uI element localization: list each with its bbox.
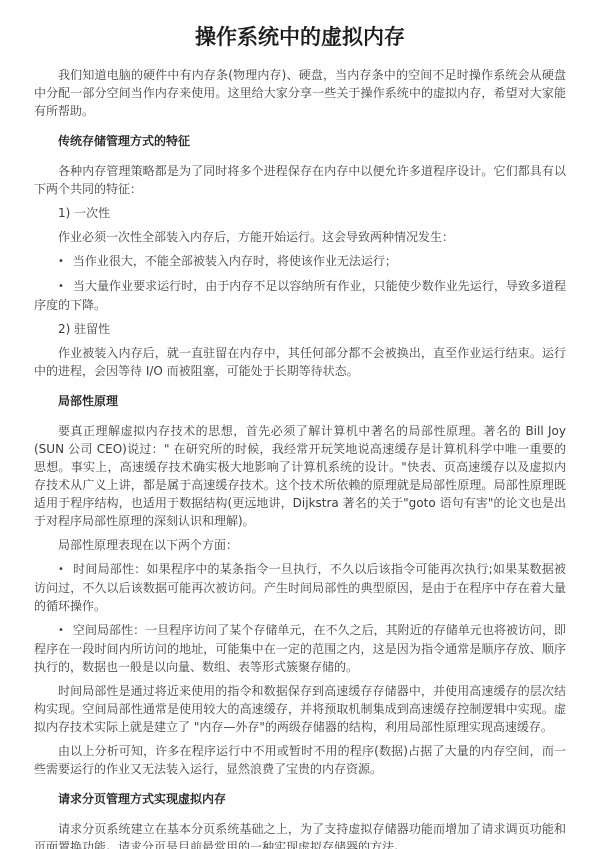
bullet-text: 空间局部性：一旦程序访问了某个存储单元，在不久之后，其附近的存储单元也将被访问，… xyxy=(34,623,566,674)
paragraph: 各种内存管理策略都是为了同时将多个进程保存在内存中以便允许多道程序设计。它们都具… xyxy=(34,162,566,198)
list-number-item: 2) 驻留性 xyxy=(34,320,566,338)
bullet-item: •当作业很大，不能全部被装入内存时，将使该作业无法运行； xyxy=(34,252,566,271)
bullet-icon: • xyxy=(58,256,64,267)
list-number-item: 1) 一次性 xyxy=(34,204,566,222)
bullet-text: 当大量作业要求运行时，由于内存不足以容纳所有作业，只能使少数作业先运行，导致多道… xyxy=(34,279,566,312)
section-heading: 局部性原理 xyxy=(34,392,566,410)
bullet-icon: • xyxy=(58,281,64,292)
paragraph: 由以上分析可知，许多在程序运行中不用或暂时不用的程序(数据)占据了大量的内存空间… xyxy=(34,742,566,778)
paragraph: 作业被装入内存后，就一直驻留在内存中，其任何部分都不会被换出，直至作业运行结束。… xyxy=(34,344,566,380)
bullet-icon: • xyxy=(58,625,64,636)
bullet-icon: • xyxy=(58,564,64,575)
paragraph: 作业必须一次性全部装入内存后，方能开始运行。这会导致两种情况发生： xyxy=(34,228,566,246)
document-page: 操作系统中的虚拟内存 我们知道电脑的硬件中有内存条(物理内存)、硬盘，当内存条中… xyxy=(0,0,600,849)
paragraph: 要真正理解虚拟内存技术的思想，首先必须了解计算机中著名的局部性原理。著名的 Bi… xyxy=(34,422,566,530)
bullet-text: 时间局部性：如果程序中的某条指令一旦执行，不久以后该指令可能再次执行;如果某数据… xyxy=(34,562,566,613)
page-title: 操作系统中的虚拟内存 xyxy=(34,22,566,52)
section-heading: 传统存储管理方式的特征 xyxy=(34,132,566,150)
section-heading: 请求分页管理方式实现虚拟内存 xyxy=(34,790,566,808)
bullet-item: •当大量作业要求运行时，由于内存不足以容纳所有作业，只能使少数作业先运行，导致多… xyxy=(34,277,566,314)
paragraph: 请求分页系统建立在基本分页系统基础之上，为了支持虚拟存储器功能而增加了请求调页功… xyxy=(34,820,566,849)
paragraph: 我们知道电脑的硬件中有内存条(物理内存)、硬盘，当内存条中的空间不足时操作系统会… xyxy=(34,66,566,120)
bullet-text: 当作业很大，不能全部被装入内存时，将使该作业无法运行； xyxy=(73,254,397,268)
bullet-item: •空间局部性：一旦程序访问了某个存储单元，在不久之后，其附近的存储单元也将被访问… xyxy=(34,621,566,676)
paragraph: 时间局部性是通过将近来使用的指令和数据保存到高速缓存存储器中，并使用高速缓存的层… xyxy=(34,682,566,736)
paragraph: 局部性原理表现在以下两个方面： xyxy=(34,536,566,554)
bullet-item: •时间局部性：如果程序中的某条指令一旦执行，不久以后该指令可能再次执行;如果某数… xyxy=(34,560,566,615)
